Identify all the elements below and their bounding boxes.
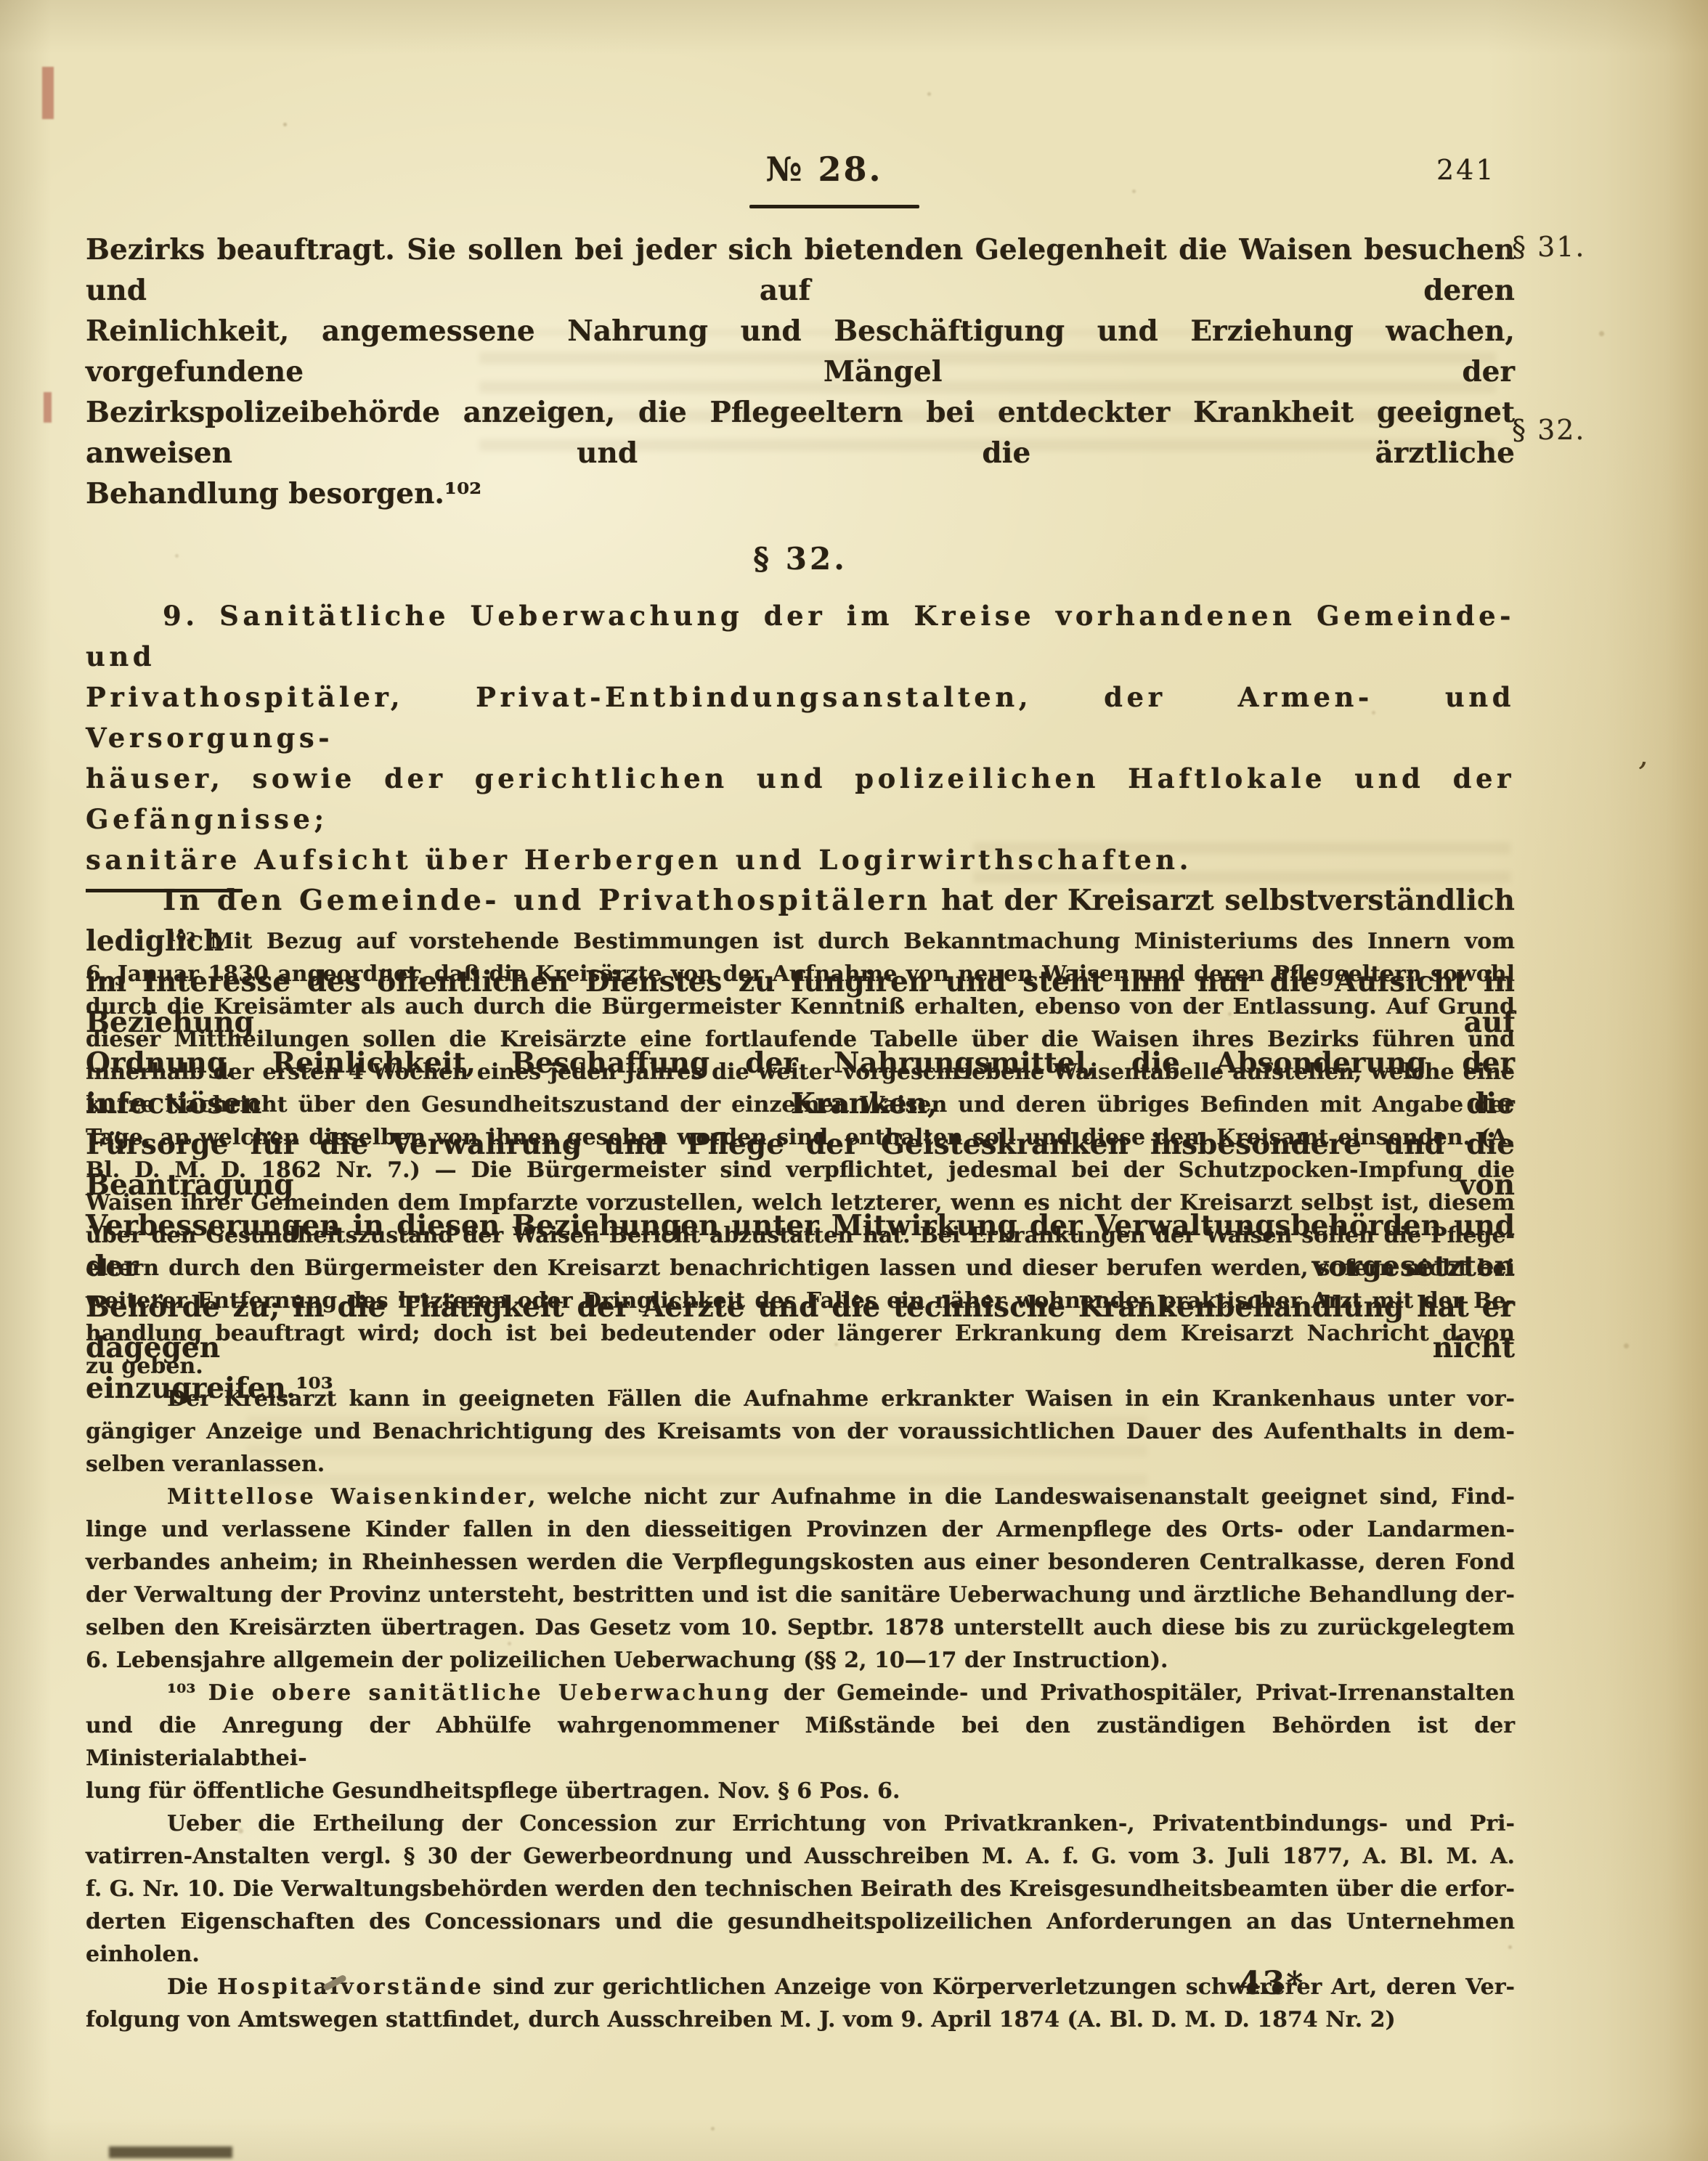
letterspaced-emphasis: In den Gemeinde- und Privathospitälern <box>163 884 930 917</box>
text-line: Mittellose Waisenkinder, welche nicht zu… <box>86 1481 1515 1513</box>
text-line: weiterer Entfernung des letzteren oder D… <box>86 1285 1515 1317</box>
page-number: 241 <box>1436 154 1496 186</box>
letterspaced-emphasis: Die obere sanitätliche Ueberwachung <box>208 1680 771 1706</box>
text-line: f. G. Nr. 10. Die Verwaltungsbehörden we… <box>86 1873 1515 1905</box>
text-line: Tage, an welchen dieselben von ihnen ges… <box>86 1121 1515 1154</box>
letterspaced-emphasis: Mittellose Waisenkinder <box>167 1484 528 1510</box>
stray-ink-mark: , <box>1638 736 1653 773</box>
text-line: der Verwaltung der Provinz untersteht, b… <box>86 1579 1515 1611</box>
text-line: eltern durch den Bürgermeister den Kreis… <box>86 1252 1515 1285</box>
text-line: derten Eigenschaften des Concessionars u… <box>86 1905 1515 1971</box>
heading-rule <box>749 205 919 208</box>
margin-note-section-32: § 32. <box>1512 414 1586 446</box>
footnote-102-paragraph-2: Der Kreisarzt kann in geeigneten Fällen … <box>86 1383 1515 1481</box>
footnote-103-paragraph-2: Ueber die Ertheilung der Concession zur … <box>86 1807 1515 1971</box>
text-line: kurze Nachricht über den Gesundheitszust… <box>86 1088 1515 1121</box>
text-line: Waisen ihrer Gemeinden dem Impfarzte vor… <box>86 1187 1515 1219</box>
text-line: Bl. D. M. D. 1862 Nr. 7.) — Die Bürgerme… <box>86 1154 1515 1187</box>
text-line: § 32. <box>86 539 1515 579</box>
footnote-column: ¹⁰² Mit Bezug auf vorstehende Bestimmung… <box>86 925 1515 2036</box>
text-line: 6. Lebensjahre allgemein der polizeilich… <box>86 1644 1515 1677</box>
text-line: häuser, sowie der gerichtlichen und poli… <box>86 758 1515 839</box>
text-line: folgung von Amtswegen stattfindet, durch… <box>86 2003 1515 2036</box>
text-line: über den Gesundheitszustand der Waisen B… <box>86 1219 1515 1252</box>
text-line: 6. Januar 1830 angeordnet, daß die Kreis… <box>86 958 1515 990</box>
text-line: linge und verlassene Kinder fallen in de… <box>86 1513 1515 1546</box>
foxing-specks <box>0 0 2 2</box>
issue-number-heading: № 28. <box>0 150 1648 189</box>
text-line: dieser Mittheilungen sollen die Kreisärz… <box>86 1023 1515 1056</box>
red-ink-streak <box>44 392 52 423</box>
text-line: Reinlichkeit, angemessene Nahrung und Be… <box>86 311 1515 392</box>
text-line: innerhalb der ersten 4 Wochen eines jede… <box>86 1056 1515 1088</box>
red-ink-streak <box>42 67 54 119</box>
text-line: lung für öffentliche Gesundheitspflege ü… <box>86 1775 1515 1807</box>
text-line: Ueber die Ertheilung der Concession zur … <box>86 1807 1515 1840</box>
text-line: ¹⁰² Mit Bezug auf vorstehende Bestimmung… <box>86 925 1515 958</box>
margin-note-section-31: § 31. <box>1512 231 1586 263</box>
section-heading: § 32. <box>86 539 1515 579</box>
paragraph-spaced-rubric: 9. Sanitätliche Ueberwachung der im Krei… <box>86 595 1515 880</box>
footnote-102-paragraph-3: Mittellose Waisenkinder, welche nicht zu… <box>86 1481 1515 1677</box>
scanned-book-page: № 28. 241 § 31. § 32. Bezirks beauftragt… <box>0 0 1708 2161</box>
text-line: Der Kreisarzt kann in geeigneten Fällen … <box>86 1383 1515 1415</box>
text-line: handlung beauftragt wird; doch ist bei b… <box>86 1317 1515 1350</box>
text-line: Bezirks beauftragt. Sie sollen bei jeder… <box>86 229 1515 311</box>
text-line: sanitäre Aufsicht über Herbergen und Log… <box>86 839 1515 880</box>
text-line: Behandlung besorgen.¹⁰² <box>86 473 1515 514</box>
footnote-102: ¹⁰² Mit Bezug auf vorstehende Bestimmung… <box>86 925 1515 1383</box>
text-line: Privathospitäler, Privat-Entbindungsanst… <box>86 677 1515 758</box>
footnote-separator-rule <box>86 889 243 892</box>
text-line: 9. Sanitätliche Ueberwachung der im Krei… <box>86 595 1515 677</box>
text-line: ¹⁰³ Die obere sanitätliche Ueberwachung … <box>86 1677 1515 1709</box>
text-line: vatirren-Anstalten vergl. § 30 der Gewer… <box>86 1840 1515 1873</box>
page-edge-smudge <box>109 2146 232 2158</box>
letterspaced-emphasis: Hospitalvorstände <box>217 1974 484 2000</box>
text-line: verbandes anheim; in Rheinhessen werden … <box>86 1546 1515 1579</box>
paragraph-s31-continuation: Bezirks beauftragt. Sie sollen bei jeder… <box>86 229 1515 514</box>
footnote-103: ¹⁰³ Die obere sanitätliche Ueberwachung … <box>86 1677 1515 1807</box>
text-line: selben den Kreisärzten übertragen. Das G… <box>86 1611 1515 1644</box>
text-line: selben veranlassen. <box>86 1448 1515 1481</box>
text-line: und die Anregung der Abhülfe wahrgenomme… <box>86 1709 1515 1775</box>
text-line: Bezirkspolizeibehörde anzeigen, die Pfle… <box>86 392 1515 473</box>
text-line: zu geben. <box>86 1350 1515 1383</box>
text-line: gängiger Anzeige und Benachrichtigung de… <box>86 1415 1515 1448</box>
signature-mark: 43* <box>1239 1965 1304 2002</box>
text-line: durch die Kreisämter als auch durch die … <box>86 990 1515 1023</box>
